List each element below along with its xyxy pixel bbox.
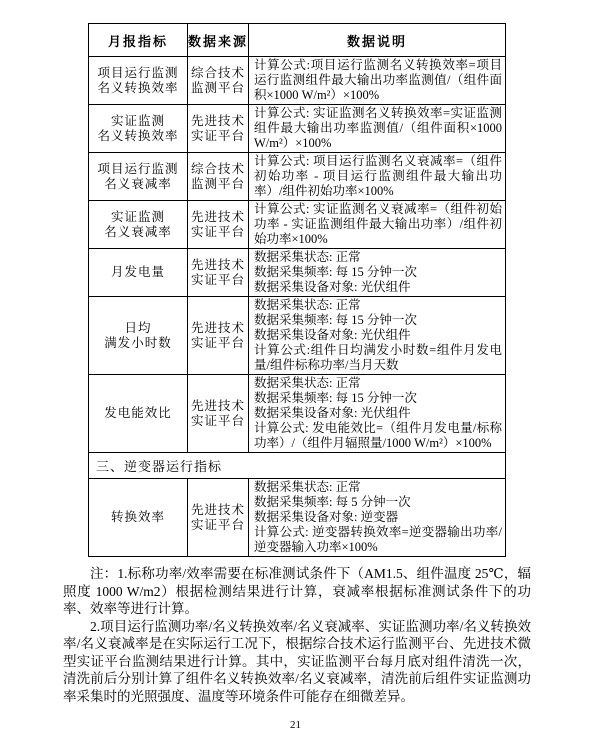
page-number: 21 bbox=[0, 719, 591, 731]
source-cell: 先进技术 实证平台 bbox=[188, 297, 249, 375]
table-row: 发电能效比 先进技术 实证平台 数据采集状态: 正常 数据采集频率: 每 15 … bbox=[89, 375, 506, 453]
description-cell: 数据采集状态: 正常 数据采集频率: 每 15 分钟一次 数据采集设备对象: 光… bbox=[249, 375, 506, 453]
table-header-row: 月报指标 数据来源 数据说明 bbox=[89, 24, 506, 57]
table-row: 日均 满发小时数 先进技术 实证平台 数据采集状态: 正常 数据采集频率: 每 … bbox=[89, 297, 506, 375]
source-cell: 先进技术 实证平台 bbox=[188, 249, 249, 297]
col-header-indicator: 月报指标 bbox=[89, 24, 188, 57]
table-row: 月发电量 先进技术 实证平台 数据采集状态: 正常 数据采集频率: 每 15 分… bbox=[89, 249, 506, 297]
description-cell: 计算公式: 项目运行监测名义衰减率=（组件初始功率 - 项目运行监测组件最大输出… bbox=[249, 153, 506, 201]
indicator-table: 月报指标 数据来源 数据说明 项目运行监测 名义转换效率 综合技术 监测平台 计… bbox=[88, 23, 506, 557]
indicator-cell: 实证监测 名义转换效率 bbox=[89, 105, 188, 153]
source-cell: 先进技术 实证平台 bbox=[188, 375, 249, 453]
source-cell: 综合技术 监测平台 bbox=[188, 57, 249, 105]
indicator-cell: 月发电量 bbox=[89, 249, 188, 297]
note-paragraph-1: 注：1.标称功率/效率需要在标准测试条件下（AM1.5、组件温度 25℃，辐照度… bbox=[63, 565, 531, 618]
table-row: 项目运行监测 名义衰减率 综合技术 监测平台 计算公式: 项目运行监测名义衰减率… bbox=[89, 153, 506, 201]
indicator-cell: 项目运行监测 名义衰减率 bbox=[89, 153, 188, 201]
section-row: 三、逆变器运行指标 bbox=[89, 453, 506, 479]
description-cell: 计算公式: 实证监测名义转换效率=实证监测组件最大输出功率监测值/（组件面积×1… bbox=[249, 105, 506, 153]
source-cell: 先进技术 实证平台 bbox=[188, 479, 249, 557]
description-cell: 数据采集状态: 正常 数据采集频率: 每 15 分钟一次 数据采集设备对象: 光… bbox=[249, 249, 506, 297]
note-paragraph-2: 2.项目运行监测功率/名义转换效率/名义衰减率、实证监测功率/名义转换效率/名义… bbox=[63, 618, 531, 706]
description-cell: 数据采集状态: 正常 数据采集频率: 每 5 分钟一次 数据采集设备对象: 逆变… bbox=[249, 479, 506, 557]
description-cell: 计算公式:项目运行监测名义转换效率=项目运行监测组件最大输出功率监测值/（组件面… bbox=[249, 57, 506, 105]
col-header-source: 数据来源 bbox=[188, 24, 249, 57]
indicator-cell: 转换效率 bbox=[89, 479, 188, 557]
description-cell: 数据采集状态: 正常 数据采集频率: 每 15 分钟一次 数据采集设备对象: 光… bbox=[249, 297, 506, 375]
source-cell: 先进技术 实证平台 bbox=[188, 201, 249, 249]
section-label: 三、逆变器运行指标 bbox=[89, 453, 506, 479]
table-row: 实证监测 名义转换效率 先进技术 实证平台 计算公式: 实证监测名义转换效率=实… bbox=[89, 105, 506, 153]
source-cell: 先进技术 实证平台 bbox=[188, 105, 249, 153]
indicator-cell: 发电能效比 bbox=[89, 375, 188, 453]
indicator-cell: 实证监测 名义衰减率 bbox=[89, 201, 188, 249]
table-row: 转换效率 先进技术 实证平台 数据采集状态: 正常 数据采集频率: 每 5 分钟… bbox=[89, 479, 506, 557]
footnotes: 注：1.标称功率/效率需要在标准测试条件下（AM1.5、组件温度 25℃，辐照度… bbox=[63, 565, 531, 705]
document-page: 月报指标 数据来源 数据说明 项目运行监测 名义转换效率 综合技术 监测平台 计… bbox=[63, 23, 531, 705]
source-cell: 综合技术 监测平台 bbox=[188, 153, 249, 201]
indicator-cell: 日均 满发小时数 bbox=[89, 297, 188, 375]
table-row: 实证监测 名义衰减率 先进技术 实证平台 计算公式: 实证监测名义衰减率=（组件… bbox=[89, 201, 506, 249]
col-header-description: 数据说明 bbox=[249, 24, 506, 57]
indicator-cell: 项目运行监测 名义转换效率 bbox=[89, 57, 188, 105]
description-cell: 计算公式: 实证监测名义衰减率=（组件初始功率 - 实证监测组件最大输出功率）/… bbox=[249, 201, 506, 249]
table-row: 项目运行监测 名义转换效率 综合技术 监测平台 计算公式:项目运行监测名义转换效… bbox=[89, 57, 506, 105]
